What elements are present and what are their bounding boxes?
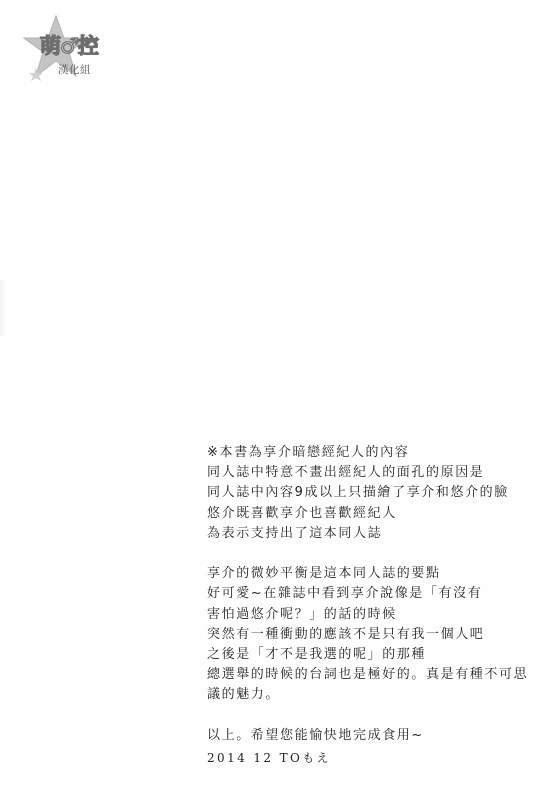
note-line: 好可愛~在雜誌中看到享介說像是「有沒有 <box>207 584 528 604</box>
logo-subtitle: 漢化組 <box>58 62 91 77</box>
note-line: 總選舉的時候的台詞也是極好的。真是有種不可思 <box>207 665 528 685</box>
note-line: 為表示支持出了這本同人誌 <box>207 524 528 544</box>
paragraph-gap <box>207 544 528 564</box>
note-line: 同人誌中內容9成以上只描繪了享介和悠介的臉 <box>207 483 528 503</box>
scan-edge-mark <box>0 280 6 336</box>
page: 萌♂控 漢化組 ※本書為享介暗戀經紀人的內容 同人誌中特意不畫出經紀人的面孔的原… <box>0 0 534 800</box>
logo-title: 萌♂控 <box>40 30 98 60</box>
note-line: 議的魅力。 <box>207 685 528 705</box>
paragraph-gap <box>207 706 528 726</box>
closing-line: 以上。希望您能愉快地完成食用~ <box>207 726 528 746</box>
note-line: ※本書為享介暗戀經紀人的內容 <box>207 443 528 463</box>
note-line: 之後是「才不是我選的呢」的那種 <box>207 645 528 665</box>
note-line: 享介的微妙平衡是這本同人誌的要點 <box>207 564 528 584</box>
scanlation-group-logo: 萌♂控 漢化組 <box>22 14 122 86</box>
note-line: 突然有一種衝動的應該不是只有我一個人吧 <box>207 625 528 645</box>
note-line: 同人誌中特意不畫出經紀人的面孔的原因是 <box>207 463 528 483</box>
note-line: 悠介既喜歡享介也喜歡經紀人 <box>207 504 528 524</box>
signature-date: 2014 12 TOもえ <box>207 748 528 768</box>
translator-notes: ※本書為享介暗戀經紀人的內容 同人誌中特意不畫出經紀人的面孔的原因是 同人誌中內… <box>207 443 528 768</box>
note-line: 害怕過悠介呢？」的話的時候 <box>207 605 528 625</box>
